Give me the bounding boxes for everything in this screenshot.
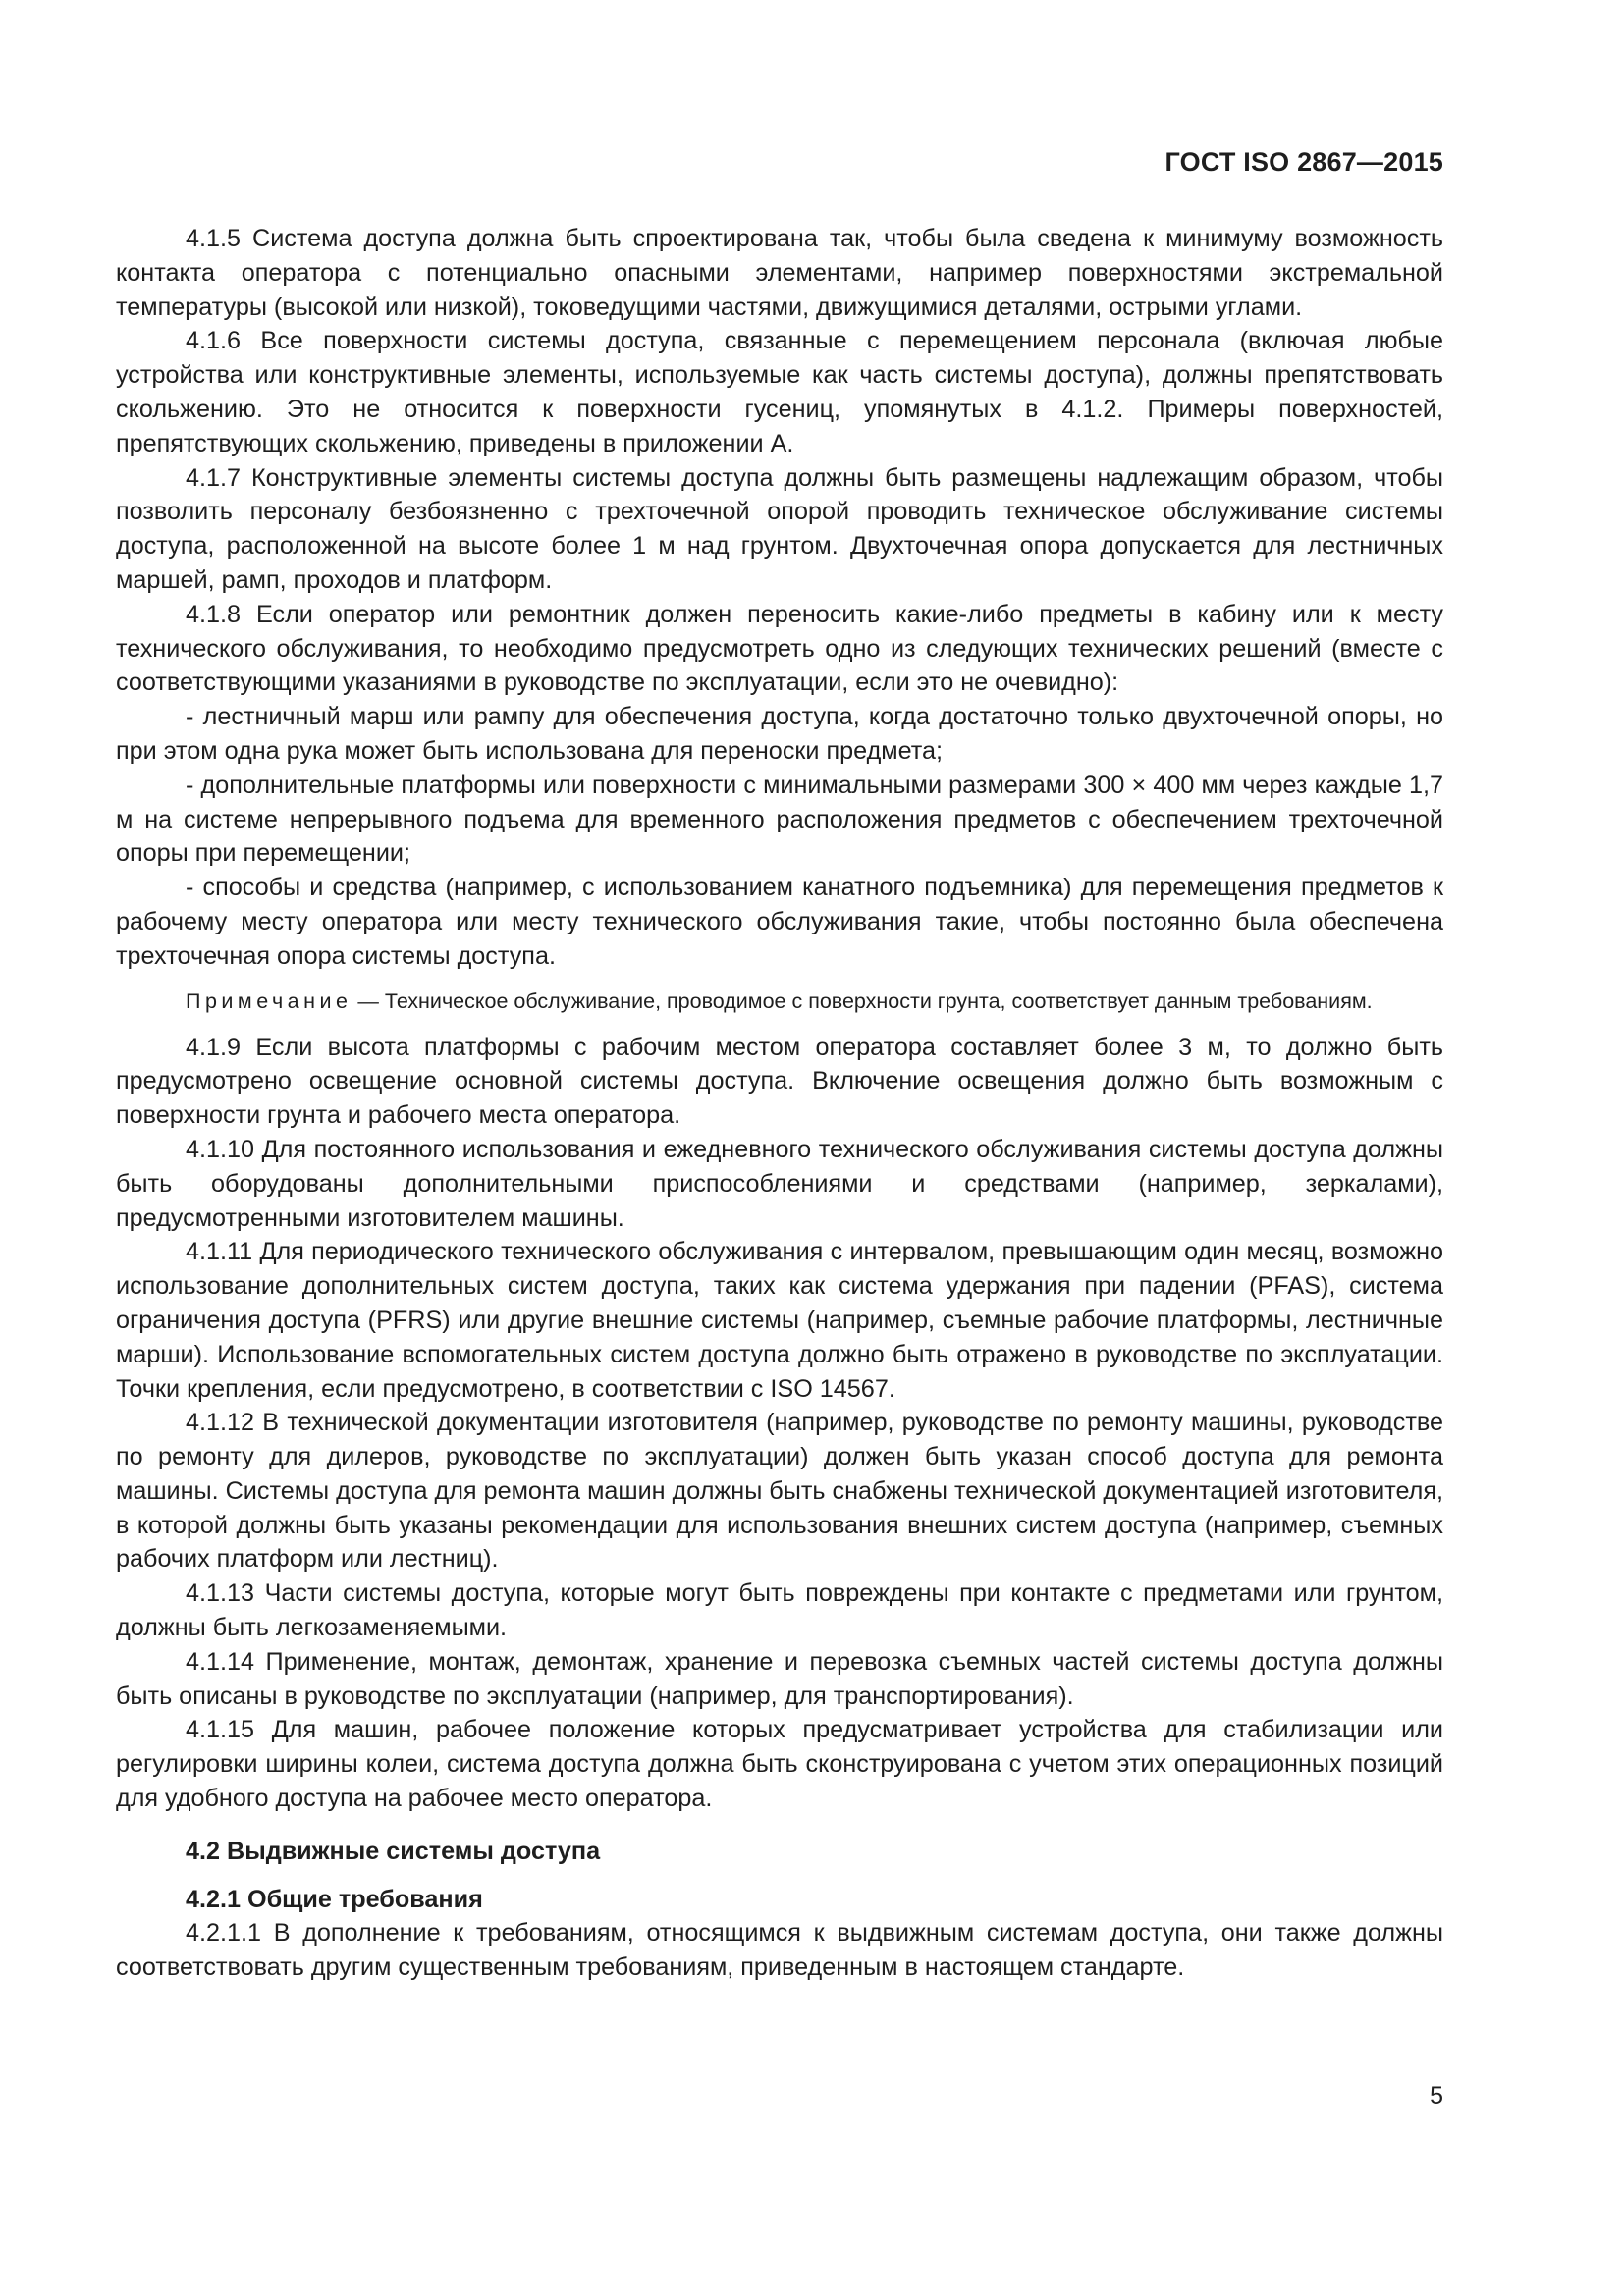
list-item: - лестничный марш или рампу для обеспече… xyxy=(116,700,1443,769)
subsection-heading-4-2-1: 4.2.1 Общие требования xyxy=(116,1883,1443,1917)
paragraph-4-1-6: 4.1.6 Все поверхности системы доступа, с… xyxy=(116,324,1443,460)
paragraph-4-1-11: 4.1.11 Для периодического технического о… xyxy=(116,1235,1443,1406)
document-body: 4.1.5 Система доступа должна быть спроек… xyxy=(116,222,1443,1985)
note-text: — Техническое обслуживание, проводимое с… xyxy=(352,989,1372,1013)
paragraph-4-1-9: 4.1.9 Если высота платформы с рабочим ме… xyxy=(116,1031,1443,1133)
list-item: - дополнительные платформы или поверхнос… xyxy=(116,769,1443,871)
paragraph-4-1-5: 4.1.5 Система доступа должна быть спроек… xyxy=(116,222,1443,324)
section-heading-4-2: 4.2 Выдвижные системы доступа xyxy=(116,1835,1443,1869)
paragraph-4-1-15: 4.1.15 Для машин, рабочее положение кото… xyxy=(116,1713,1443,1815)
paragraph-4-1-10: 4.1.10 Для постоянного использования и е… xyxy=(116,1133,1443,1235)
standard-header: ГОСТ ISO 2867—2015 xyxy=(1164,147,1443,178)
note-label: Примечание xyxy=(186,989,352,1013)
list-item: - способы и средства (например, с исполь… xyxy=(116,871,1443,973)
paragraph-4-1-12: 4.1.12 В технической документации изгото… xyxy=(116,1406,1443,1576)
paragraph-4-1-8: 4.1.8 Если оператор или ремонтник должен… xyxy=(116,598,1443,700)
paragraph-4-2-1-1: 4.2.1.1 В дополнение к требованиям, отно… xyxy=(116,1916,1443,1985)
note: Примечание — Техническое обслуживание, п… xyxy=(116,986,1443,1018)
page-number: 5 xyxy=(1430,2082,1443,2110)
paragraph-4-1-13: 4.1.13 Части системы доступа, которые мо… xyxy=(116,1576,1443,1645)
paragraph-4-1-14: 4.1.14 Применение, монтаж, демонтаж, хра… xyxy=(116,1645,1443,1714)
paragraph-4-1-7: 4.1.7 Конструктивные элементы системы до… xyxy=(116,461,1443,598)
